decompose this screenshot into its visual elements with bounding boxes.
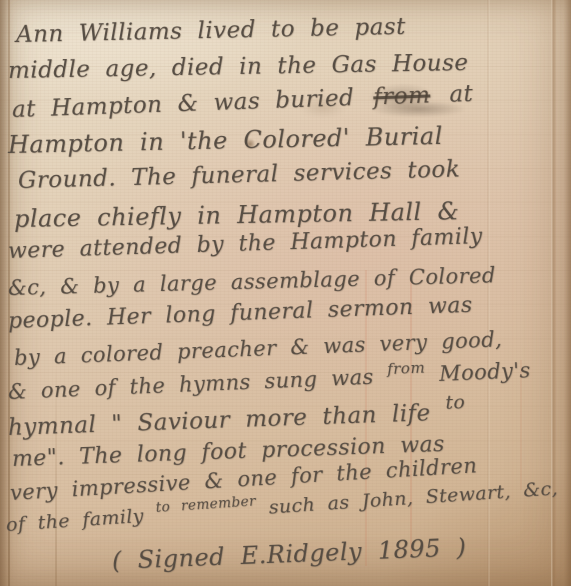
line-3-text: at Hampton & was buried [12, 85, 370, 123]
line-11-text: & one of the hymns sung was [7, 364, 387, 404]
raised-word: to [445, 391, 466, 414]
inserted-phrase: to remember [155, 493, 256, 516]
manuscript-page: Ann Williams lived to be past middle age… [0, 0, 571, 586]
handwriting-layer: Ann Williams lived to be past middle age… [0, 0, 571, 586]
line-11-text-end: Moody's [425, 358, 531, 386]
manuscript-line-1: Ann Williams lived to be past [16, 14, 406, 48]
inserted-word: from [387, 359, 426, 379]
line-3-text-end: at [434, 81, 474, 108]
signature-line: ( Signed E.Ridgely 1895 ) [111, 533, 466, 575]
manuscript-line-9: people. Her long funeral sermon was [8, 293, 473, 334]
manuscript-line-5: Ground. The funeral services took [18, 156, 461, 194]
line-15-text: of the family [5, 504, 157, 536]
manuscript-line-3: at Hampton & was buried from at [12, 81, 474, 123]
manuscript-line-4: Hampton in 'the Colored' Burial [8, 122, 443, 159]
struck-out-word: from [369, 82, 435, 110]
manuscript-line-2: middle age, died in the Gas House [8, 50, 469, 84]
